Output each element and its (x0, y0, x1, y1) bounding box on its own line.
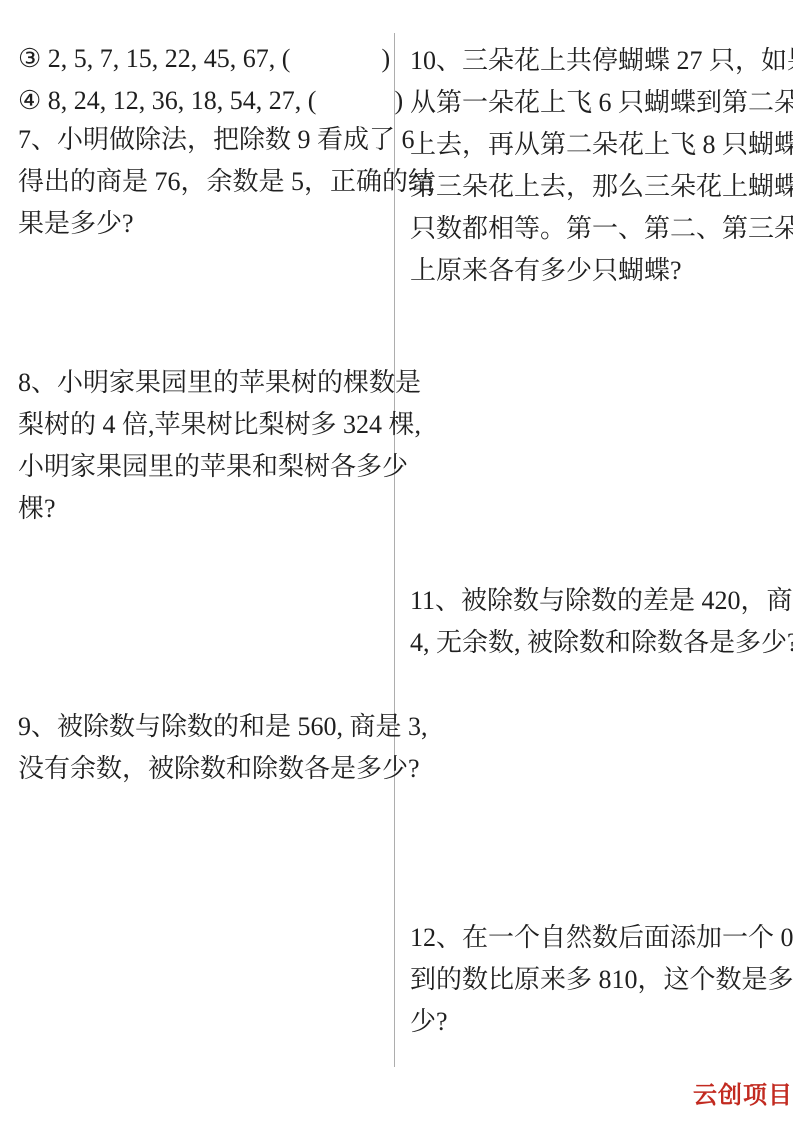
problem-seq-3-line-1: ③ 2, 5, 7, 15, 22, 45, 67, ( ) (18, 38, 390, 80)
problem-10: 10、三朵花上共停蝴蝶 27 只，如果 从第一朵花上飞 6 只蝴蝶到第二朵花 上… (410, 40, 790, 292)
problem-7-line-2: 得出的商是 76，余数是 5，正确的结 (18, 161, 390, 203)
problem-7-line-3: 果是多少? (18, 203, 390, 245)
problem-11-line-2: 4, 无余数, 被除数和除数各是多少? (410, 622, 790, 664)
problem-8: 8、小明家果园里的苹果树的棵数是 梨树的 4 倍,苹果树比梨树多 324 棵, … (18, 362, 390, 530)
problem-8-line-1: 8、小明家果园里的苹果树的棵数是 (18, 362, 390, 404)
problem-10-line-5: 只数都相等。第一、第二、第三朵花 (410, 208, 790, 250)
problem-11: 11、被除数与除数的差是 420，商是 4, 无余数, 被除数和除数各是多少? (410, 580, 790, 664)
problem-8-line-4: 棵? (18, 488, 390, 530)
problem-12: 12、在一个自然数后面添加一个 0 得 到的数比原来多 810，这个数是多 少? (410, 917, 790, 1043)
worksheet-page: ③ 2, 5, 7, 15, 22, 45, 67, ( ) ④ 8, 24, … (0, 0, 793, 1122)
problem-7-line-1: 7、小明做除法，把除数 9 看成了 6 (18, 119, 390, 161)
problem-10-line-1: 10、三朵花上共停蝴蝶 27 只，如果 (410, 40, 790, 82)
problem-seq-4: ④ 8, 24, 12, 36, 18, 54, 27, ( ) (18, 80, 390, 122)
problem-9: 9、被除数与除数的和是 560, 商是 3, 没有余数，被除数和除数各是多少? (18, 706, 390, 790)
problem-9-line-2: 没有余数，被除数和除数各是多少? (18, 748, 390, 790)
problem-seq-4-line-1: ④ 8, 24, 12, 36, 18, 54, 27, ( ) (18, 80, 390, 122)
problem-12-line-2: 到的数比原来多 810，这个数是多 (410, 959, 790, 1001)
problem-10-line-6: 上原来各有多少只蝴蝶? (410, 250, 790, 292)
problem-7: 7、小明做除法，把除数 9 看成了 6 得出的商是 76，余数是 5，正确的结 … (18, 119, 390, 245)
problem-9-line-1: 9、被除数与除数的和是 560, 商是 3, (18, 706, 390, 748)
problem-8-line-3: 小明家果园里的苹果和梨树各多少 (18, 446, 390, 488)
problem-10-line-4: 第三朵花上去，那么三朵花上蝴蝶的 (410, 166, 790, 208)
problem-8-line-2: 梨树的 4 倍,苹果树比梨树多 324 棵, (18, 404, 390, 446)
problem-12-line-3: 少? (410, 1001, 790, 1043)
watermark-logo: 云创项目库 (693, 1082, 793, 1108)
problem-11-line-1: 11、被除数与除数的差是 420，商是 (410, 580, 790, 622)
problem-10-line-3: 上去，再从第二朵花上飞 8 只蝴蝶到 (410, 124, 790, 166)
problem-12-line-1: 12、在一个自然数后面添加一个 0 得 (410, 917, 790, 959)
problem-seq-3: ③ 2, 5, 7, 15, 22, 45, 67, ( ) (18, 38, 390, 80)
problem-10-line-2: 从第一朵花上飞 6 只蝴蝶到第二朵花 (410, 82, 790, 124)
